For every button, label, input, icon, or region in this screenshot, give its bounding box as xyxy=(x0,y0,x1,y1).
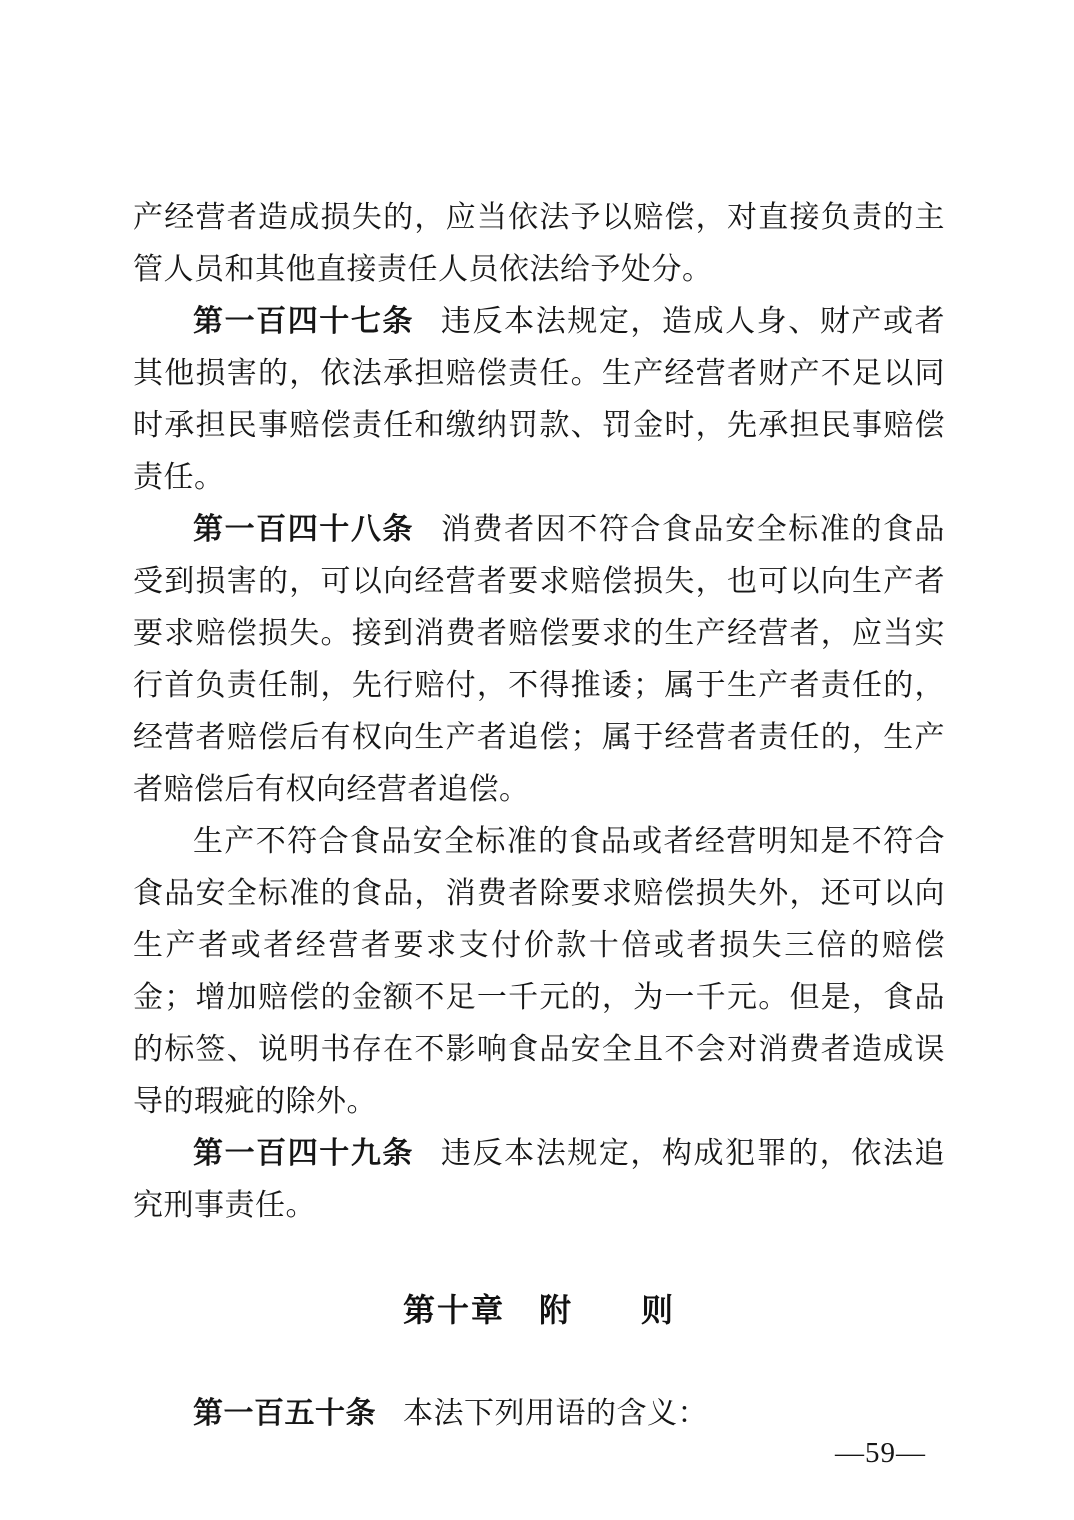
article-148-number: 第一百四十八条 xyxy=(193,513,414,546)
article-149-paragraph: 第一百四十九条违反本法规定，构成犯罪的，依法追究刑事责任。 xyxy=(133,1128,945,1232)
page-number: —59— xyxy=(835,1436,926,1470)
article-150-number: 第一百五十条 xyxy=(193,1397,376,1430)
article-147-number: 第一百四十七条 xyxy=(193,305,414,338)
chapter-10-heading: 第十章 附 则 xyxy=(133,1284,945,1336)
document-body: 产经营者造成损失的，应当依法予以赔偿，对直接负责的主管人员和其他直接责任人员依法… xyxy=(133,192,945,1440)
article-148-second-paragraph: 生产不符合食品安全标准的食品或者经营明知是不符合食品安全标准的食品，消费者除要求… xyxy=(133,816,945,1128)
paragraph-continuation: 产经营者造成损失的，应当依法予以赔偿，对直接负责的主管人员和其他直接责任人员依法… xyxy=(133,192,945,296)
article-150-paragraph: 第一百五十条本法下列用语的含义： xyxy=(133,1388,945,1440)
article-150-text: 本法下列用语的含义： xyxy=(403,1397,708,1430)
article-148-paragraph: 第一百四十八条消费者因不符合食品安全标准的食品受到损害的，可以向经营者要求赔偿损… xyxy=(133,504,945,816)
article-149-number: 第一百四十九条 xyxy=(193,1137,414,1170)
document-page: 产经营者造成损失的，应当依法予以赔偿，对直接负责的主管人员和其他直接责任人员依法… xyxy=(0,0,1074,1520)
article-147-paragraph: 第一百四十七条违反本法规定，造成人身、财产或者其他损害的，依法承担赔偿责任。生产… xyxy=(133,296,945,504)
article-148-text: 消费者因不符合食品安全标准的食品受到损害的，可以向经营者要求赔偿损失，也可以向生… xyxy=(133,513,945,806)
